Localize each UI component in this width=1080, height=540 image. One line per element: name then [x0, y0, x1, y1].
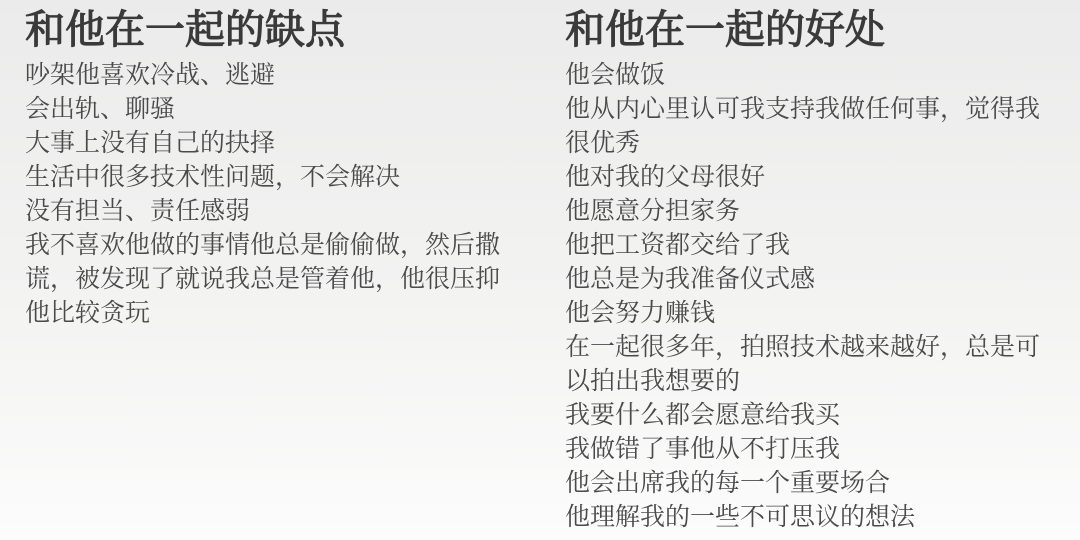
pros-section: 和他在一起的好处 他会做饭他从内心里认可我支持我做任何事，觉得我很优秀他对我的父…: [565, 0, 1052, 534]
list-item: 他比较贪玩: [25, 296, 512, 330]
list-item: 他总是为我准备仪式感: [565, 262, 1052, 296]
list-item: 他会做饭: [565, 58, 1052, 92]
list-item: 吵架他喜欢冷战、逃避: [25, 58, 512, 92]
list-item: 他从内心里认可我支持我做任何事，觉得我很优秀: [565, 92, 1052, 160]
list-item: 他对我的父母很好: [565, 160, 1052, 194]
notes-page: 和他在一起的缺点 吵架他喜欢冷战、逃避会出轨、聊骚大事上没有自己的抉择生活中很多…: [0, 0, 1080, 540]
list-item: 他会努力赚钱: [565, 296, 1052, 330]
list-item: 我要什么都会愿意给我买: [565, 398, 1052, 432]
list-item: 会出轨、聊骚: [25, 92, 512, 126]
pros-title: 和他在一起的好处: [565, 6, 1052, 54]
list-item: 生活中很多技术性问题，不会解决: [25, 160, 512, 194]
list-item: 没有担当、责任感弱: [25, 194, 512, 228]
list-item: 大事上没有自己的抉择: [25, 126, 512, 160]
cons-list: 吵架他喜欢冷战、逃避会出轨、聊骚大事上没有自己的抉择生活中很多技术性问题，不会解…: [25, 58, 512, 330]
list-item: 我做错了事他从不打压我: [565, 432, 1052, 466]
pros-list: 他会做饭他从内心里认可我支持我做任何事，觉得我很优秀他对我的父母很好他愿意分担家…: [565, 58, 1052, 534]
list-item: 他理解我的一些不可思议的想法: [565, 500, 1052, 534]
list-item: 我不喜欢他做的事情他总是偷偷做，然后撒谎，被发现了就说我总是管着他，他很压抑: [25, 228, 512, 296]
list-item: 他愿意分担家务: [565, 194, 1052, 228]
list-item: 他会出席我的每一个重要场合: [565, 466, 1052, 500]
list-item: 他把工资都交给了我: [565, 228, 1052, 262]
list-item: 在一起很多年，拍照技术越来越好，总是可以拍出我想要的: [565, 330, 1052, 398]
cons-section: 和他在一起的缺点 吵架他喜欢冷战、逃避会出轨、聊骚大事上没有自己的抉择生活中很多…: [25, 0, 512, 330]
cons-title: 和他在一起的缺点: [25, 6, 512, 54]
